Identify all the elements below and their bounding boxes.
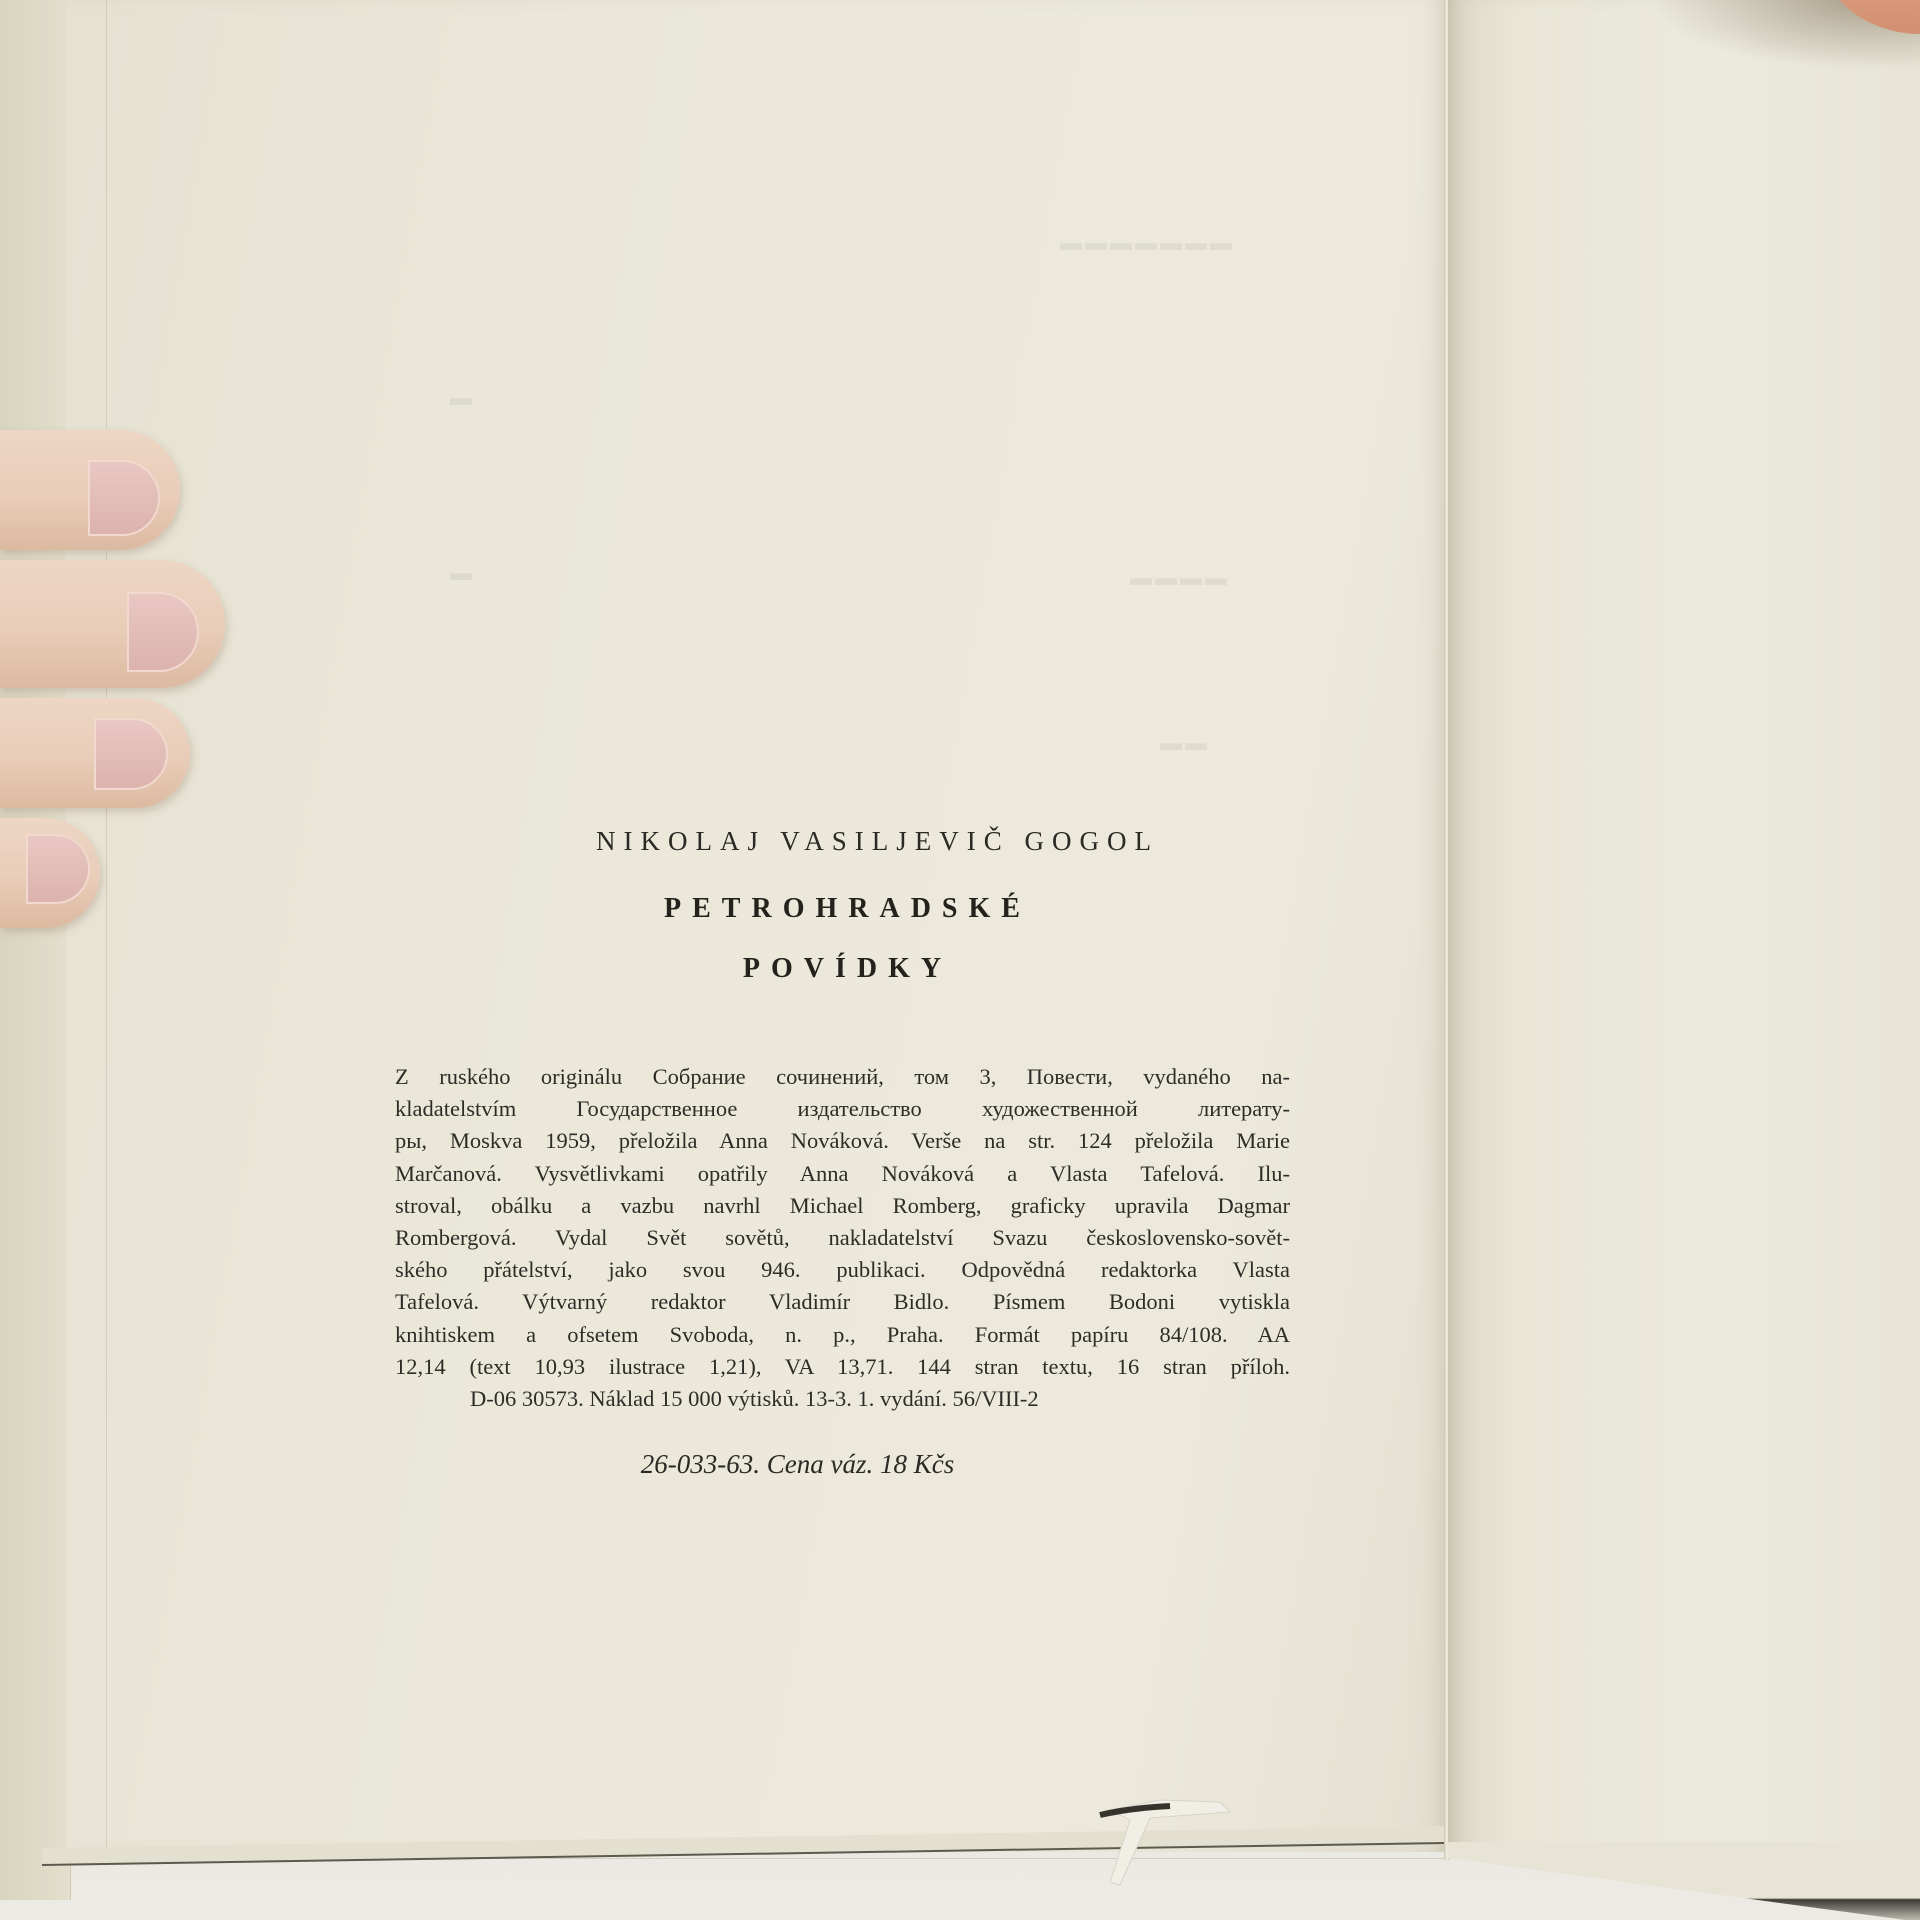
title-line: PETROHRADSKÉ [405,879,1290,939]
right-page [1448,0,1920,1852]
price-line: 26-033-63. Cena váz. 18 Kčs [395,1449,1200,1480]
finger [0,560,225,688]
imprint-paragraph: Z ruského originálu Собрание сочинений, … [395,1061,1290,1415]
imprint-line: ského přátelství, jako svou 946. publika… [395,1254,1290,1286]
author-name: NIKOLAJ VASILJEVIČ GOGOL [465,826,1290,857]
imprint-line: knihtiskem a ofsetem Svoboda, n. p., Pra… [395,1319,1290,1351]
hand-holding-page [0,400,200,960]
show-through-text: ▬▬▬▬ [1130,565,1230,591]
colophon: NIKOLAJ VASILJEVIČ GOGOL PETROHRADSKÉ PO… [395,820,1290,1480]
finger [0,818,100,928]
show-through-text: ▬ [450,560,475,586]
imprint-line: Rombergová. Vydal Svět sovětů, nakladate… [395,1222,1290,1254]
photo-scene: ▬▬▬▬▬▬▬ ▬▬▬▬ ▬▬ ▬ ▬ NIKOLAJ VASILJEVIČ G… [0,0,1920,1920]
finger [0,430,180,550]
fingernail [94,718,168,790]
show-through-text: ▬▬▬▬▬▬▬ [1060,230,1235,256]
show-through-text: ▬ [450,385,475,411]
imprint-line: 12,14 (text 10,93 ilustrace 1,21), VA 13… [395,1351,1290,1383]
imprint-line: ры, Moskva 1959, přeložila Anna Nováková… [395,1125,1290,1157]
fingernail [88,460,160,536]
book-title: PETROHRADSKÉ POVÍDKY [405,879,1290,999]
show-through-text: ▬▬ [1160,730,1210,756]
fingernail [26,834,90,904]
imprint-line: D-06 30573. Náklad 15 000 výtisků. 13-3.… [395,1383,1290,1415]
imprint-line: kladatelstvím Государственное издательст… [395,1093,1290,1125]
imprint-line: stroval, obálku a vazbu navrhl Michael R… [395,1190,1290,1222]
title-line: POVÍDKY [405,939,1290,999]
finger [0,698,190,808]
fingernail [127,592,199,672]
imprint-line: Marčanová. Vysvětlivkami opatřily Anna N… [395,1158,1290,1190]
imprint-line: Tafelová. Výtvarný redaktor Vladimír Bid… [395,1286,1290,1318]
imprint-line: Z ruského originálu Собрание сочинений, … [395,1061,1290,1093]
